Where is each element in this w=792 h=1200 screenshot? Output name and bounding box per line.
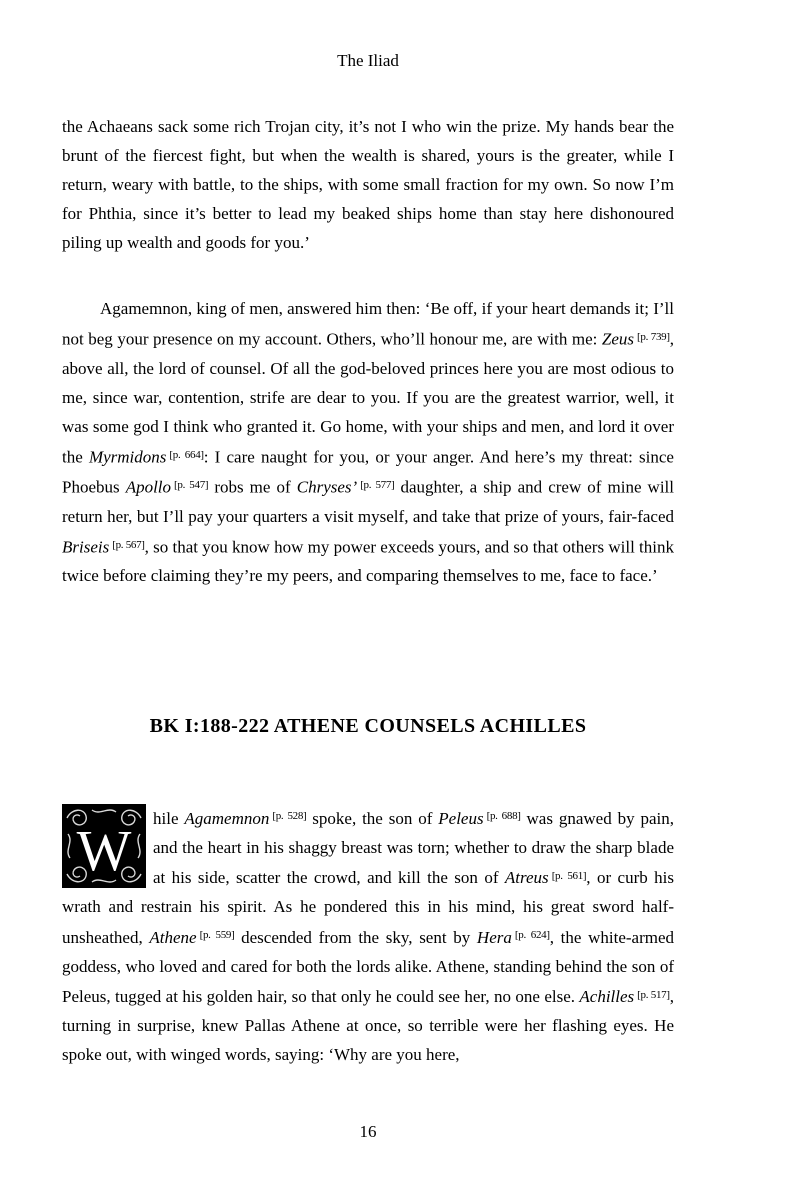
text-run: spoke, the son of <box>306 809 438 828</box>
drop-cap-ornament: W <box>62 804 146 888</box>
text-run: descended from the sky, sent by <box>234 928 476 947</box>
page-reference-link[interactable]: [p. 739] <box>637 331 670 343</box>
page-reference-link[interactable]: [p. 517] <box>637 989 670 1001</box>
text-run: Agamemnon, king of men, answered him the… <box>62 299 674 349</box>
proper-noun: Briseis <box>62 537 109 556</box>
proper-noun: Athene <box>149 928 196 947</box>
page-reference-link[interactable]: [p. 624] <box>515 929 550 941</box>
page-reference-link[interactable]: [p. 528] <box>272 810 306 822</box>
text-run: robs me of <box>208 478 296 497</box>
proper-noun: Achilles <box>579 987 634 1006</box>
page-reference-link[interactable]: [p. 577] <box>360 479 394 491</box>
page-reference-link[interactable]: [p. 567] <box>112 539 144 551</box>
page-reference-link[interactable]: [p. 547] <box>174 479 208 491</box>
page-reference-link[interactable]: [p. 561] <box>552 870 587 882</box>
paragraph-athene-counsels: W hile Agamemnon[p. 528] spoke, the son … <box>62 802 674 1069</box>
text-run: the Achaeans sack some rich Trojan city,… <box>62 117 674 252</box>
text-run: , so that you know how my power exceeds … <box>62 537 674 585</box>
proper-noun: Zeus <box>602 330 634 349</box>
proper-noun: Peleus <box>438 809 483 828</box>
running-header: The Iliad <box>62 46 674 75</box>
drop-cap-letter: W <box>77 818 132 883</box>
proper-noun: Agamemnon <box>184 809 269 828</box>
proper-noun: Apollo <box>126 478 171 497</box>
page-reference-link[interactable]: [p. 664] <box>169 449 203 461</box>
proper-noun: Atreus <box>505 868 549 887</box>
book-page: The Iliad the Achaeans sack some rich Tr… <box>0 0 792 1200</box>
text-run: hile <box>153 809 184 828</box>
paragraph-text: hile Agamemnon[p. 528] spoke, the son of… <box>62 809 674 1065</box>
proper-noun: Chryses’ <box>297 478 357 497</box>
paragraph-agamemnon-speech: Agamemnon, king of men, answered him the… <box>62 294 674 590</box>
proper-noun: Hera <box>477 928 512 947</box>
section-heading: BK I:188-222 ATHENE COUNSELS ACHILLES <box>62 712 674 741</box>
paragraph-continuation: the Achaeans sack some rich Trojan city,… <box>62 112 674 257</box>
page-number: 16 <box>62 1117 674 1146</box>
page-reference-link[interactable]: [p. 688] <box>487 810 521 822</box>
page-reference-link[interactable]: [p. 559] <box>200 929 235 941</box>
text-run: , above all, the lord of counsel. Of all… <box>62 330 674 467</box>
proper-noun: Myrmidons <box>89 447 166 466</box>
